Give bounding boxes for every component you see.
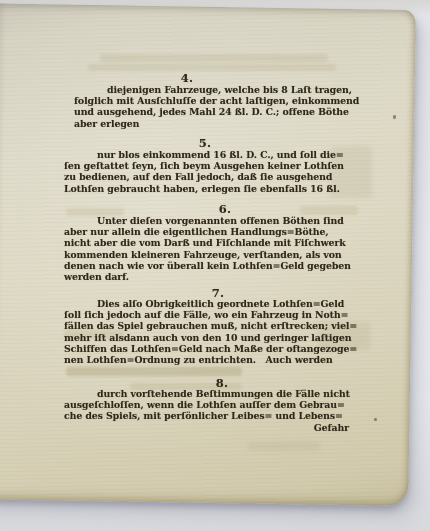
catchword: Gefahr xyxy=(64,423,352,434)
section-number: 4. xyxy=(43,71,331,85)
text-line: durch vorſtehende Beſtimmungen die Fälle… xyxy=(64,389,352,400)
text-line: ſen geſtattet ſeyn, ſich beym Ausgehen k… xyxy=(64,161,352,172)
text-line: Schiffen das Lothſen=Geld nach Maße der … xyxy=(64,344,352,355)
text-line: folglich mit Ausſchluſſe der acht laſtig… xyxy=(74,96,362,107)
section-8: durch vorſtehende Beſtimmungen die Fälle… xyxy=(64,389,352,434)
text-line: diejenigen Fahrzeuge, welche bis 8 Laſt … xyxy=(74,85,362,96)
text-block: 4. diejenigen Fahrzeuge, welche bis 8 La… xyxy=(0,0,430,531)
text-line: fällen das Spiel gebrauchen muß, nicht e… xyxy=(64,321,352,332)
text-line: werden darf. xyxy=(64,272,352,283)
text-line: Dies alſo Obrigkeitlich geordnete Lothſe… xyxy=(64,299,352,310)
text-line: denen nach wie vor überall kein Lothſen=… xyxy=(64,261,352,272)
text-line: Lothſen gebraucht haben, erlegen ſie ebe… xyxy=(64,184,352,195)
text-line: nicht aber die vom Darß und Fiſchlande m… xyxy=(64,238,352,249)
text-line: aber erlegen xyxy=(74,119,362,130)
text-line: nen Lothſen=Ordnung zu entrichten. Auch … xyxy=(64,355,352,366)
text-line: und ausgehend, jedes Mahl 24 ßl. D. C.; … xyxy=(74,107,362,118)
section-7: Dies alſo Obrigkeitlich geordnete Lothſe… xyxy=(64,299,352,366)
text-line: nur blos einkommend 16 ßl. D. C., und ſo… xyxy=(64,150,352,161)
section-6: Unter dieſen vorgenannten offenen Böthen… xyxy=(64,216,352,283)
text-line: aber nur allein die eigentlichen Handlun… xyxy=(64,227,352,238)
section-number: 5. xyxy=(61,136,349,150)
section-number: 6. xyxy=(81,202,369,216)
text-line: che des Spiels, mit perſönlicher Leibes=… xyxy=(64,411,352,422)
section-5: nur blos einkommend 16 ßl. D. C., und ſo… xyxy=(64,150,352,195)
text-line: ſoll ſich jedoch auf die Fälle, wo ein F… xyxy=(64,310,352,321)
section-number: 7. xyxy=(74,286,362,300)
text-line: zu bedienen, auf den Fall jedoch, daß ſi… xyxy=(64,172,352,183)
text-line: mehr iſt alsdann auch von den 10 und ger… xyxy=(64,333,352,344)
text-line: kommenden kleineren Fahrzeuge, verſtande… xyxy=(64,250,352,261)
text-line: ausgeſchloſſen, wenn die Lothſen auſſer … xyxy=(64,400,352,411)
section-number: 8. xyxy=(78,376,366,390)
section-4: diejenigen Fahrzeuge, welche bis 8 Laſt … xyxy=(74,85,362,130)
text-line: Unter dieſen vorgenannten offenen Böthen… xyxy=(64,216,352,227)
